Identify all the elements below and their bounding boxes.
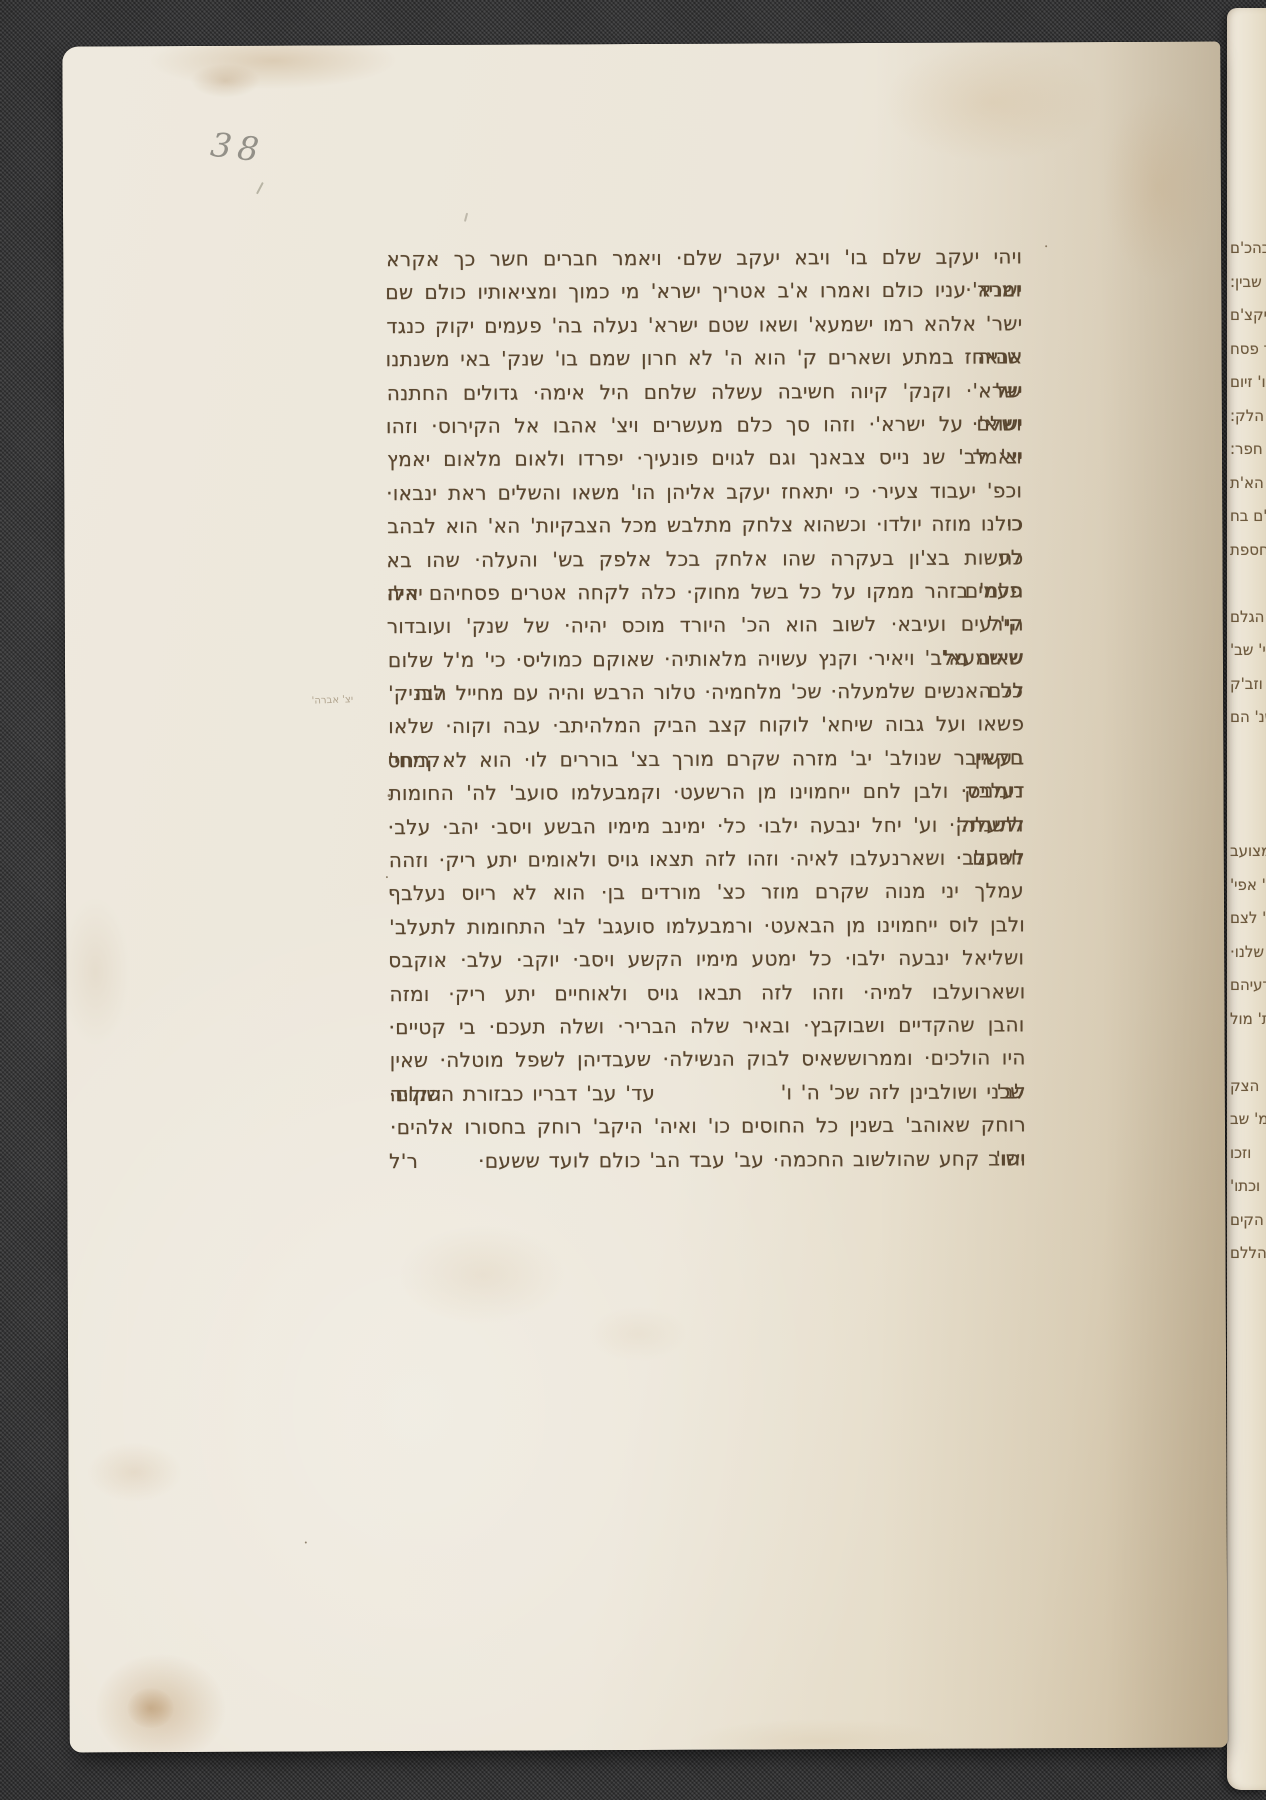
page-fragment: בת הא'ת	[1230, 466, 1266, 501]
page-fragment: וע' לצם	[1230, 901, 1266, 936]
text-line: תלמ' בזהר ממקו על כל בשל מחוק· כלה לקחה …	[388, 574, 1024, 610]
page-fragment: שנ'· הלק:	[1230, 399, 1266, 434]
page-fragment: וכתו'	[1230, 1169, 1266, 1204]
stain	[95, 1654, 225, 1753]
text-line: ושארועלבו למיה· וזהו לזה תבאו גויס ולאוח…	[389, 975, 1025, 1011]
text-line: היו הולכים· וממרוששאיס לבוק הנשילה· שעבד…	[390, 1042, 1026, 1078]
page-fragment: ל'ב'ם בח	[1230, 499, 1266, 534]
text-line: ישרא'· וקנק' קיוה חשיבה עשלה שלחם היל אי…	[387, 374, 1023, 410]
text-line: ישוב קחע שהולשוב החכמה· עב' עבד הב' כולם…	[389, 1142, 1025, 1178]
stain	[62, 896, 130, 1046]
text-line: ישר' אלהא רמו ישמעא' ושאו שטם ישרא' נעלה…	[386, 307, 1022, 343]
page-fragment: חספת	[1230, 533, 1266, 568]
text-line: דומניס· ולבן לחם ייחמוינו מן הרשעט· וקמב…	[388, 775, 1024, 811]
page-fragment: שנ' הם	[1230, 700, 1266, 735]
stain	[148, 41, 398, 90]
marginal-gloss: יצ' אברה'	[287, 694, 353, 708]
pen-mark	[464, 213, 468, 222]
page-fragment: הללם	[1230, 1236, 1266, 1271]
page-fragment: וזכו	[1230, 1136, 1266, 1171]
text-line: לשעלב· ושארנעלבו לאיה· וזהו לזה תצאו גוי…	[389, 841, 1025, 877]
page-fragment	[1230, 1035, 1266, 1070]
stain	[127, 1688, 173, 1728]
ink-speck	[305, 1541, 307, 1543]
page-fragment	[1230, 566, 1266, 601]
folio-number: 38	[209, 125, 267, 170]
text-line: ומניד עניו כולם ואמרו א'ב אטריך ישרא' מי…	[385, 274, 1021, 310]
page-fragment: שלנו·	[1230, 935, 1266, 970]
text-line: יצ' לב' שנ נייס צבאנך וגם לגוים פונעיך· …	[387, 441, 1023, 477]
text-line: ולבן לוס ייחמוינו מן הבאעט· ורמבעלמו סוע…	[389, 908, 1025, 944]
photo-background: ובהכ'םישנ' שבין:וכו' יקצ'םמ'יד פסחוכו' ז…	[0, 0, 1266, 1800]
text-line: וכפ' יעבוד צעיר· כי יתאחז יעקב אליהן הו'…	[386, 474, 1022, 510]
page-fragment: מ'יד פסח	[1230, 332, 1266, 367]
line-segment: ר'ל	[389, 1145, 418, 1179]
text-line: פשאו ועל גבוה שיחא' לוקוח קצב הביק המלהי…	[388, 708, 1024, 744]
line-segment: ישוב קחע שהולשוב החכמה· עב' עבד הב' כולם…	[478, 1142, 1025, 1178]
page-fragment	[1230, 734, 1266, 769]
facing-page-text-fragments: ובהכ'םישנ' שבין:וכו' יקצ'םמ'יד פסחוכו' ז…	[1230, 232, 1266, 1271]
text-line: רוחק שאוהב' בשנין כל החוסים כו' ואיה' הי…	[390, 1108, 1026, 1144]
page-fragment: מצועב	[1230, 834, 1266, 869]
pen-mark	[256, 182, 264, 194]
page-fragment: וכו' זיום	[1230, 365, 1266, 400]
stain	[397, 1224, 567, 1325]
page-fragment: ישנ' שבין:	[1230, 265, 1266, 300]
page-fragment: ובהכ'ם	[1230, 231, 1266, 266]
text-line: לעשות בצ'ון בעקרה שהו אלחק בכל אלפק בש' …	[386, 541, 1022, 577]
page-fragment: ים' אפי'	[1230, 868, 1266, 903]
text-line: והבן שהקדיים ושבוקבץ· ובאיר שלה הבריר· ו…	[388, 1008, 1024, 1044]
page-fragment	[1230, 801, 1266, 836]
page-fragment: הגלם	[1230, 600, 1266, 635]
stain	[86, 1442, 182, 1502]
stain	[588, 1306, 688, 1362]
text-block: ויהי יעקב שלם בו' ויבא יעקב שלם· ויאמר ח…	[385, 240, 1025, 1178]
page-fragment: וכו' יקצ'ם	[1230, 298, 1266, 333]
text-line: שאיה מלב' ויאיר· וקנץ עשויה מלאותיה· שאו…	[388, 641, 1024, 677]
manuscript-page: 38 יצ' אברה' ויהי יעקב שלם בו' ויבא יעקב…	[62, 41, 1227, 1752]
page-fragment: וזב'ק	[1230, 667, 1266, 702]
facing-page-edge: ובהכ'םישנ' שבין:וכו' יקצ'םמ'יד פסחוכו' ז…	[1227, 8, 1266, 1790]
text-line: קירעים ועיבא· לשוב הוא הכ' היורד מוכס יה…	[387, 608, 1023, 644]
text-line: ויהי יעקב שלם בו' ויבא יעקב שלם· ויאמר ח…	[386, 240, 1022, 276]
text-line: ולשנתק· וע' יחל ינבעה ילבו· כל· ימינב מי…	[388, 808, 1024, 844]
text-line: כולנו מוזה יולדו· וכשהוא צלחק מתלבש מכל …	[387, 507, 1023, 543]
page-fragment: ימ' שב	[1230, 1102, 1266, 1137]
page-fragment	[1230, 767, 1266, 802]
ink-speck	[1045, 245, 1047, 247]
page-fragment: ועי' שב'	[1230, 633, 1266, 668]
text-line: ושלם על ישרא'· וזהו סך כלם מעשרים ויצ' א…	[386, 407, 1022, 443]
page-fragment: רעיהם	[1230, 968, 1266, 1003]
text-line: שנאחז במתע ושארים ק' הוא ה' לא חרון שמם …	[386, 341, 1022, 377]
page-fragment: הקים	[1230, 1203, 1266, 1238]
text-line: עמלך יני מנוה שקרם מוזר כצ' מורדים בן· ה…	[388, 875, 1024, 911]
stain	[190, 64, 260, 98]
text-line: ושליאל ינבעה ילבו· כל ימטע מימיו הקשע וי…	[388, 942, 1024, 978]
page-fragment: ות' מול	[1230, 1002, 1266, 1037]
page-fragment: מיח חפר:	[1230, 432, 1266, 467]
page-fragment: הצק	[1230, 1069, 1266, 1104]
